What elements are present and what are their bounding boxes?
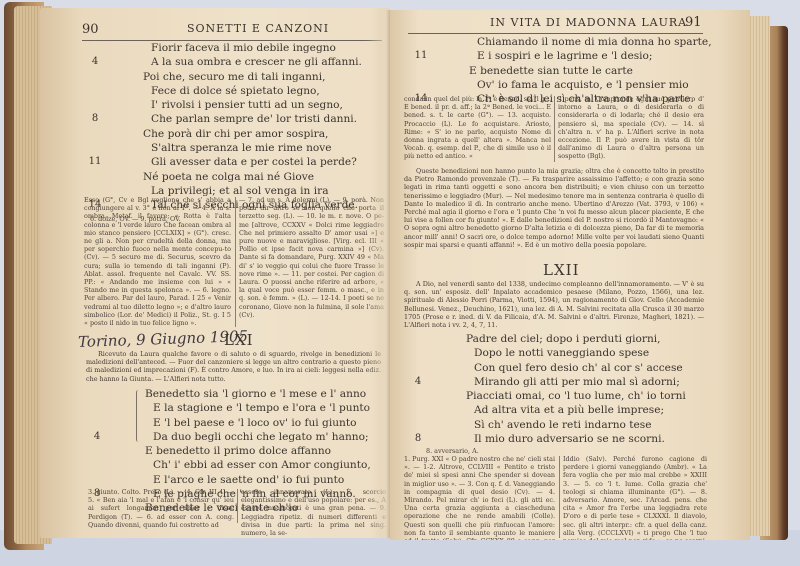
line-text: Piacciati omai, co 'l tuo lume, ch' io t… xyxy=(466,390,686,402)
line-text: Ad altra vita et a più belle imprese; xyxy=(466,404,664,416)
column-divider xyxy=(237,489,238,523)
sonnet-tail: Fiorir faceva il mio debile ingegno4A la… xyxy=(143,41,362,213)
verse-line: Ch' i' ebbi ad esser con Amor congiunto, xyxy=(145,458,371,472)
line-text: Fiorir faceva il mio debile ingegno xyxy=(143,42,336,54)
page-number: 91 xyxy=(685,15,702,30)
column-divider xyxy=(235,197,236,327)
line-text: Con quel fero desio ch' al cor s' accese xyxy=(466,362,683,374)
verse-line: Piacciati omai, co 'l tuo lume, ch' io t… xyxy=(466,389,686,403)
verse-line: 11E i sospiri e le lagrime e 'l desio; xyxy=(469,49,712,63)
line-number: 8 xyxy=(85,112,105,126)
note-text: 1. Purg. XXI « O padre nostro che ne' ci… xyxy=(404,455,555,540)
verse-line: Padre del ciel; dopo i perduti giorni, xyxy=(466,332,686,346)
line-text: Ov' io fama le acquisto, e 'l pensier mi… xyxy=(469,79,689,91)
line-text: Sì ch' avendo le reti indarno tese xyxy=(466,419,652,431)
line-text: Né poeta ne colga mai né Giove xyxy=(143,171,314,183)
line-text: Il mio duro adversario se ne scorni. xyxy=(466,433,665,445)
line-text: Chiamando il nome di mia donna ho sparte… xyxy=(469,36,712,48)
line-text: Mirando gli atti per mio mal sì adorni; xyxy=(466,376,680,388)
line-text: Che parlan sempre de' lor tristi danni. xyxy=(143,113,357,125)
verse-line: Dopo le notti vaneggiando spese xyxy=(466,346,686,360)
verse-line: Né poeta ne colga mai né Giove xyxy=(143,170,362,184)
note-text: 3. giunto. Colto. Preso (L). — 4. Cfr. I… xyxy=(88,488,234,529)
line-text: Padre del ciel; dopo i perduti giorni, xyxy=(466,333,661,345)
bottom-notes-right: Iddio (Salv). Perché furono cagione di p… xyxy=(563,455,707,540)
note-text: Iddio (Salv). Perché furono cagione di p… xyxy=(563,455,707,540)
verse-line: E benedetto il primo dolce affanno xyxy=(145,444,371,458)
line-text: E benedetto il primo dolce affanno xyxy=(145,445,331,457)
notes-column-left: Esso (G°, Cv e Bgl vogliono che s' abbia… xyxy=(84,196,231,327)
notes-column-left: conda in quel del più: la 1ª è Bened. si… xyxy=(404,95,551,161)
line-number: 11 xyxy=(411,49,431,63)
verse-line: Benedetto sia 'l giorno e 'l mese e l' a… xyxy=(145,387,371,401)
line-text: E 'l bel paese e 'l loco ov' io fui giun… xyxy=(145,417,357,429)
note-text: — 7. ad un s. A dolermi (L). — 9. porà. … xyxy=(239,196,384,319)
left-page: 90 SONETTI E CANZONI Fiorir faceva il mi… xyxy=(40,8,390,538)
bottom-notes-right: essere innamorato (L). È scorcio elegant… xyxy=(241,488,386,537)
verse-line: 4A la sua ombra e crescer ne gli affanni… xyxy=(143,55,362,69)
verse-line: I' rivolsi i pensier tutti ad un segno, xyxy=(143,98,362,112)
verse-line: Fiorir faceva il mio debile ingegno xyxy=(143,41,362,55)
line-text: I' rivolsi i pensier tutti ad un segno, xyxy=(143,99,343,111)
verse-line: 11Gli avesser data e per costei la perde… xyxy=(143,155,362,169)
line-text: Benedetto sia 'l giorno e 'l mese e l' a… xyxy=(145,388,366,400)
line-text: S'altra speranza le mie rime nove xyxy=(143,142,332,154)
poem-lines: Padre del ciel; dopo i perduti giorni,Do… xyxy=(466,332,686,446)
line-number: 8 xyxy=(408,432,428,446)
verse-line: Fece di dolce sé spietato legno, xyxy=(143,84,362,98)
line-text: Ch' i' ebbi ad esser con Amor congiunto, xyxy=(145,459,371,471)
header-rule xyxy=(408,33,703,34)
verse-line: S'altra speranza le mie rime nove xyxy=(143,141,362,155)
verse-line: E 'l bel paese e 'l loco ov' io fui giun… xyxy=(145,416,371,430)
verse-line: Con quel fero desio ch' al cor s' accese xyxy=(466,361,686,375)
verse-line: E l'arco e le saette ond' io fui punto xyxy=(145,473,371,487)
commentary: Queste benedizioni non hanno punto la mi… xyxy=(404,167,704,249)
line-text: Poi che, securo me di tali inganni, xyxy=(143,71,326,83)
poem-number: LXI xyxy=(224,331,254,349)
bottom-notes-left: 1. Purg. XXI « O padre nostro che ne' ci… xyxy=(404,455,555,540)
line-text: E la stagione e 'l tempo e l'ora e 'l pu… xyxy=(145,402,370,414)
running-head: SONETTI E CANZONI xyxy=(187,22,329,35)
column-divider xyxy=(554,96,555,162)
line-text: Che porà dir chi per amor sospira, xyxy=(143,128,328,140)
note-text: essere innamorato (L). È scorcio elegant… xyxy=(241,488,386,537)
line-text: Dopo le notti vaneggiando spese xyxy=(466,347,649,359)
page-number: 90 xyxy=(82,22,99,37)
verse-line: E benedette sian tutte le carte xyxy=(469,64,712,78)
verse-line: Ov' io fama le acquisto, e 'l pensier mi… xyxy=(469,78,712,92)
verse-line: Chiamando il nome di mia donna ho sparte… xyxy=(469,35,712,49)
column-divider xyxy=(559,456,560,538)
verse-line: E la stagione e 'l tempo e l'ora e 'l pu… xyxy=(145,401,371,415)
line-number: 4 xyxy=(408,375,428,389)
verse-line: 4Mirando gli atti per mio mal sì adorni; xyxy=(466,375,686,389)
poem-number: LXII xyxy=(543,261,580,279)
verse-line: Ad altra vita et a più belle imprese; xyxy=(466,403,686,417)
note-text: 'l pens. m. Comprende ogni suo pensiero … xyxy=(558,95,704,161)
line-text: Da duo begli occhi che legato m' hanno; xyxy=(145,431,369,443)
line-text: A la sua ombra e crescer ne gli affanni. xyxy=(143,56,362,68)
verse-line: 8Il mio duro adversario se ne scorni. xyxy=(466,432,686,446)
line-text: E benedette sian tutte le carte xyxy=(469,65,633,77)
verse-line: 8Che parlan sempre de' lor tristi danni. xyxy=(143,112,362,126)
verse-line: 4Da duo begli occhi che legato m' hanno; xyxy=(145,430,371,444)
running-head: IN VITA DI MADONNA LAURA xyxy=(490,16,687,29)
line-text: E l'arco e le saette ond' io fui punto xyxy=(145,474,344,486)
note-text: conda in quel del più: la 1ª è Bened. si… xyxy=(404,95,551,161)
poem-intro: A Dio, nel venerdì santo del 1338, undec… xyxy=(404,280,704,329)
verse-line: Sì ch' avendo le reti indarno tese xyxy=(466,418,686,432)
variant-readings: 8. avversario, A. xyxy=(426,447,479,455)
right-page: IN VITA DI MADONNA LAURA 91 Chiamando il… xyxy=(390,10,750,540)
line-text: Fece di dolce sé spietato legno, xyxy=(143,85,320,97)
handwritten-date: Torino, 9 Giugno 1905 xyxy=(78,327,249,351)
note-text: Esso (G°, Cv e Bgl vogliono che s' abbia… xyxy=(84,196,231,327)
verse-line: Che porà dir chi per amor sospira, xyxy=(143,127,362,141)
poem-intro: Ricevuto da Laura qualche favore o di sa… xyxy=(86,350,381,383)
line-text: Gli avesser data e per costei la perde? xyxy=(143,156,357,168)
notes-column-right: 'l pens. m. Comprende ogni suo pensiero … xyxy=(558,95,704,161)
verse-line: Poi che, securo me di tali inganni, xyxy=(143,70,362,84)
line-number: 4 xyxy=(85,55,105,69)
line-text: E i sospiri e le lagrime e 'l desio; xyxy=(469,50,653,62)
line-number: 11 xyxy=(85,155,105,169)
margin-bracket xyxy=(136,390,141,442)
bottom-notes-left: 3. giunto. Colto. Preso (L). — 4. Cfr. I… xyxy=(88,488,234,529)
line-number: 4 xyxy=(87,430,107,444)
notes-column-right: — 7. ad un s. A dolermi (L). — 9. porà. … xyxy=(239,196,384,319)
